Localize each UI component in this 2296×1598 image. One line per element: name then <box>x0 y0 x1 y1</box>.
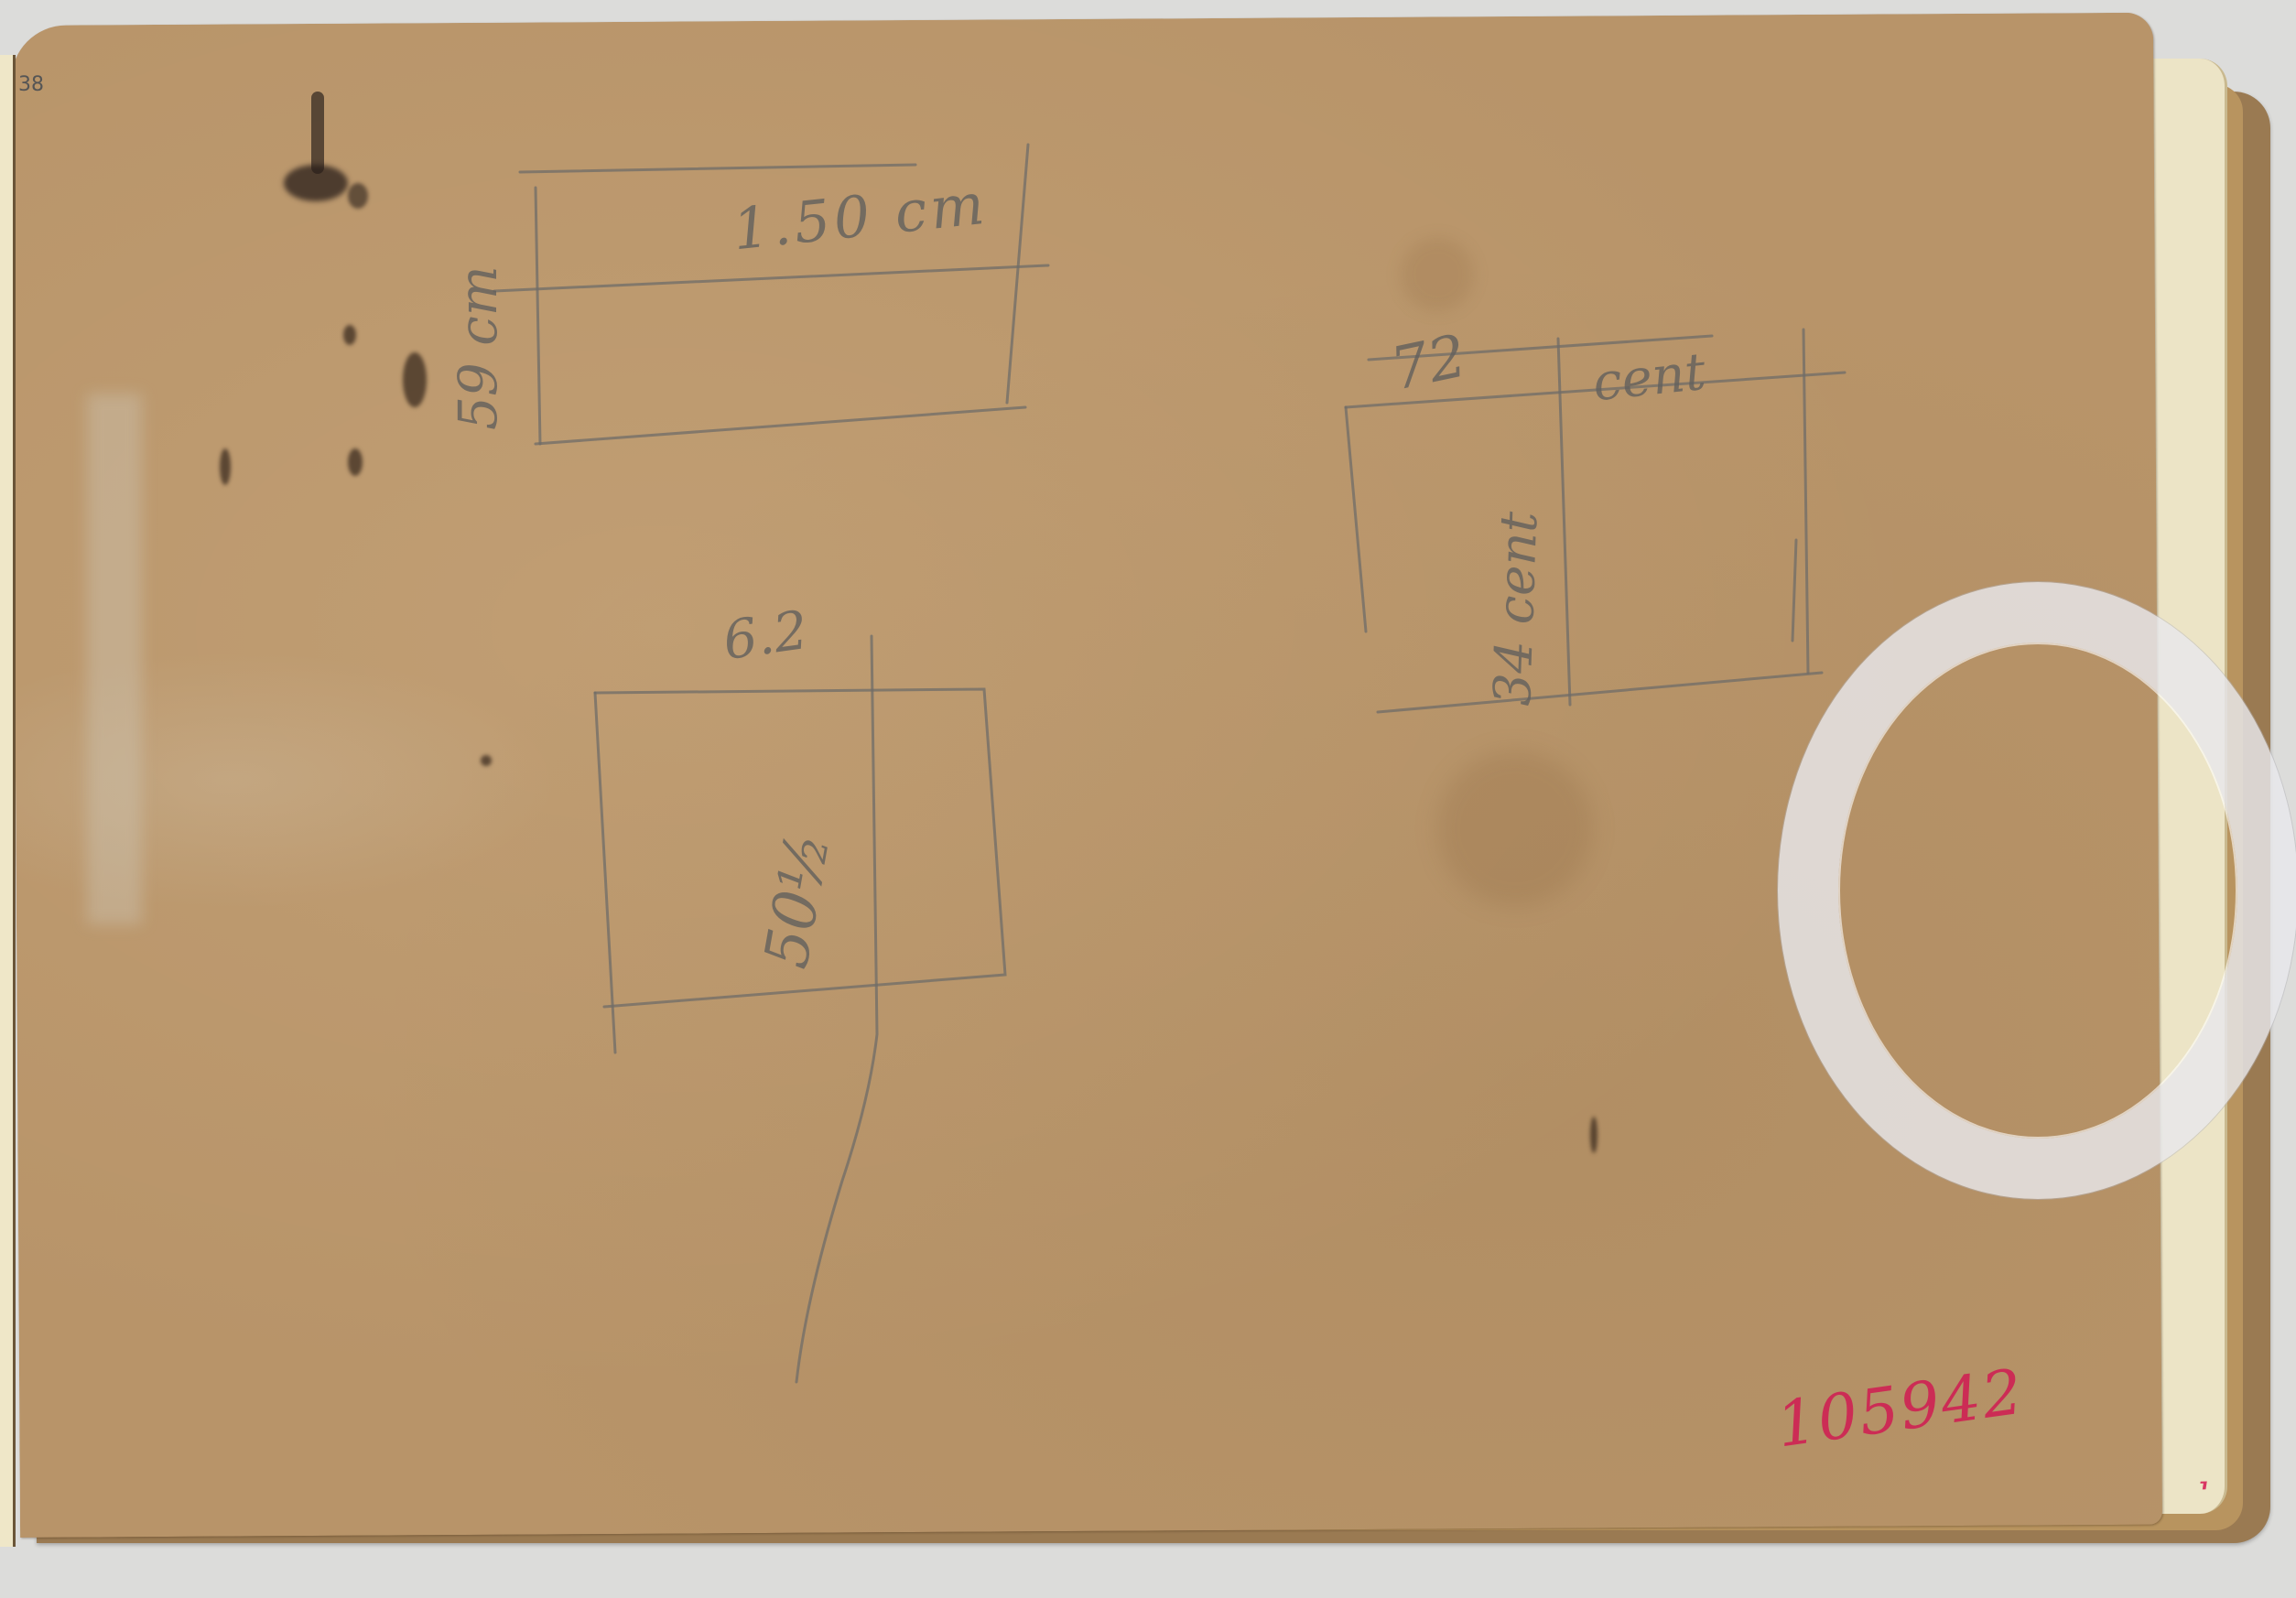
dimension-label: 34 cent <box>1483 511 1549 707</box>
translucent-ring <box>1778 582 2296 1199</box>
dimension-label: 59 cm <box>447 265 509 430</box>
dimension-label: cent <box>1590 342 1708 414</box>
sketch-center-rectangle <box>595 636 1005 1382</box>
dimension-label: 6.2 <box>720 599 812 672</box>
